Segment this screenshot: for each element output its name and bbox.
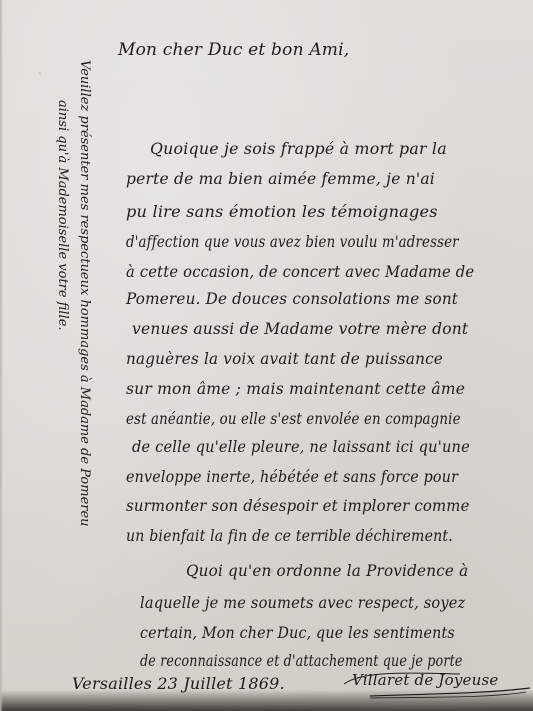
body-line: Pomereu. De douces consolations me sont xyxy=(126,290,458,308)
margin-note-line-1: Veuillez présenter mes respectueux homma… xyxy=(77,60,92,527)
body-line: laquelle je me soumets avec respect, soy… xyxy=(140,594,465,612)
body-line: pu lire sans émotion les témoignages xyxy=(126,203,438,221)
body-line: venues aussi de Madame votre mère dont xyxy=(132,320,468,338)
paper-edge xyxy=(0,0,3,711)
letter-page: Mon cher Duc et bon Ami, Quoique je sois… xyxy=(0,0,533,711)
body-line: à cette occasion, de concert avec Madame… xyxy=(126,263,474,281)
signature: Villaret de Joyeuse xyxy=(352,671,498,689)
body-line: certain, Mon cher Duc, que les sentiment… xyxy=(140,624,455,642)
salutation: Mon cher Duc et bon Ami, xyxy=(118,40,349,60)
body-line: de celle qu'elle pleure, ne laissant ici… xyxy=(132,438,470,456)
dateline: Versailles 23 Juillet 1869. xyxy=(72,674,285,693)
body-line: d'affection que vous avez bien voulu m'a… xyxy=(126,233,459,251)
body-line: naguères la voix avait tant de puissance xyxy=(126,350,443,368)
body-line: un bienfait la fin de ce terrible déchir… xyxy=(126,527,453,545)
body-line: sur mon âme ; mais maintenant cette âme xyxy=(126,380,465,398)
paper-spot xyxy=(38,72,41,75)
body-line: de reconnaissance et d'attachement que j… xyxy=(140,652,463,670)
body-line: enveloppe inerte, hébétée et sans force … xyxy=(126,468,458,486)
margin-note-line-2: ainsi qu'à Mademoiselle votre fille. xyxy=(55,100,70,331)
body-line: Quoique je sois frappé à mort par la xyxy=(150,140,447,158)
body-line: surmonter son désespoir et implorer comm… xyxy=(126,497,470,515)
body-line: Quoi qu'en ordonne la Providence à xyxy=(186,562,468,580)
body-line: perte de ma bien aimée femme, je n'ai xyxy=(126,170,435,188)
body-line: est anéantie, ou elle s'est envolée en c… xyxy=(126,410,461,428)
